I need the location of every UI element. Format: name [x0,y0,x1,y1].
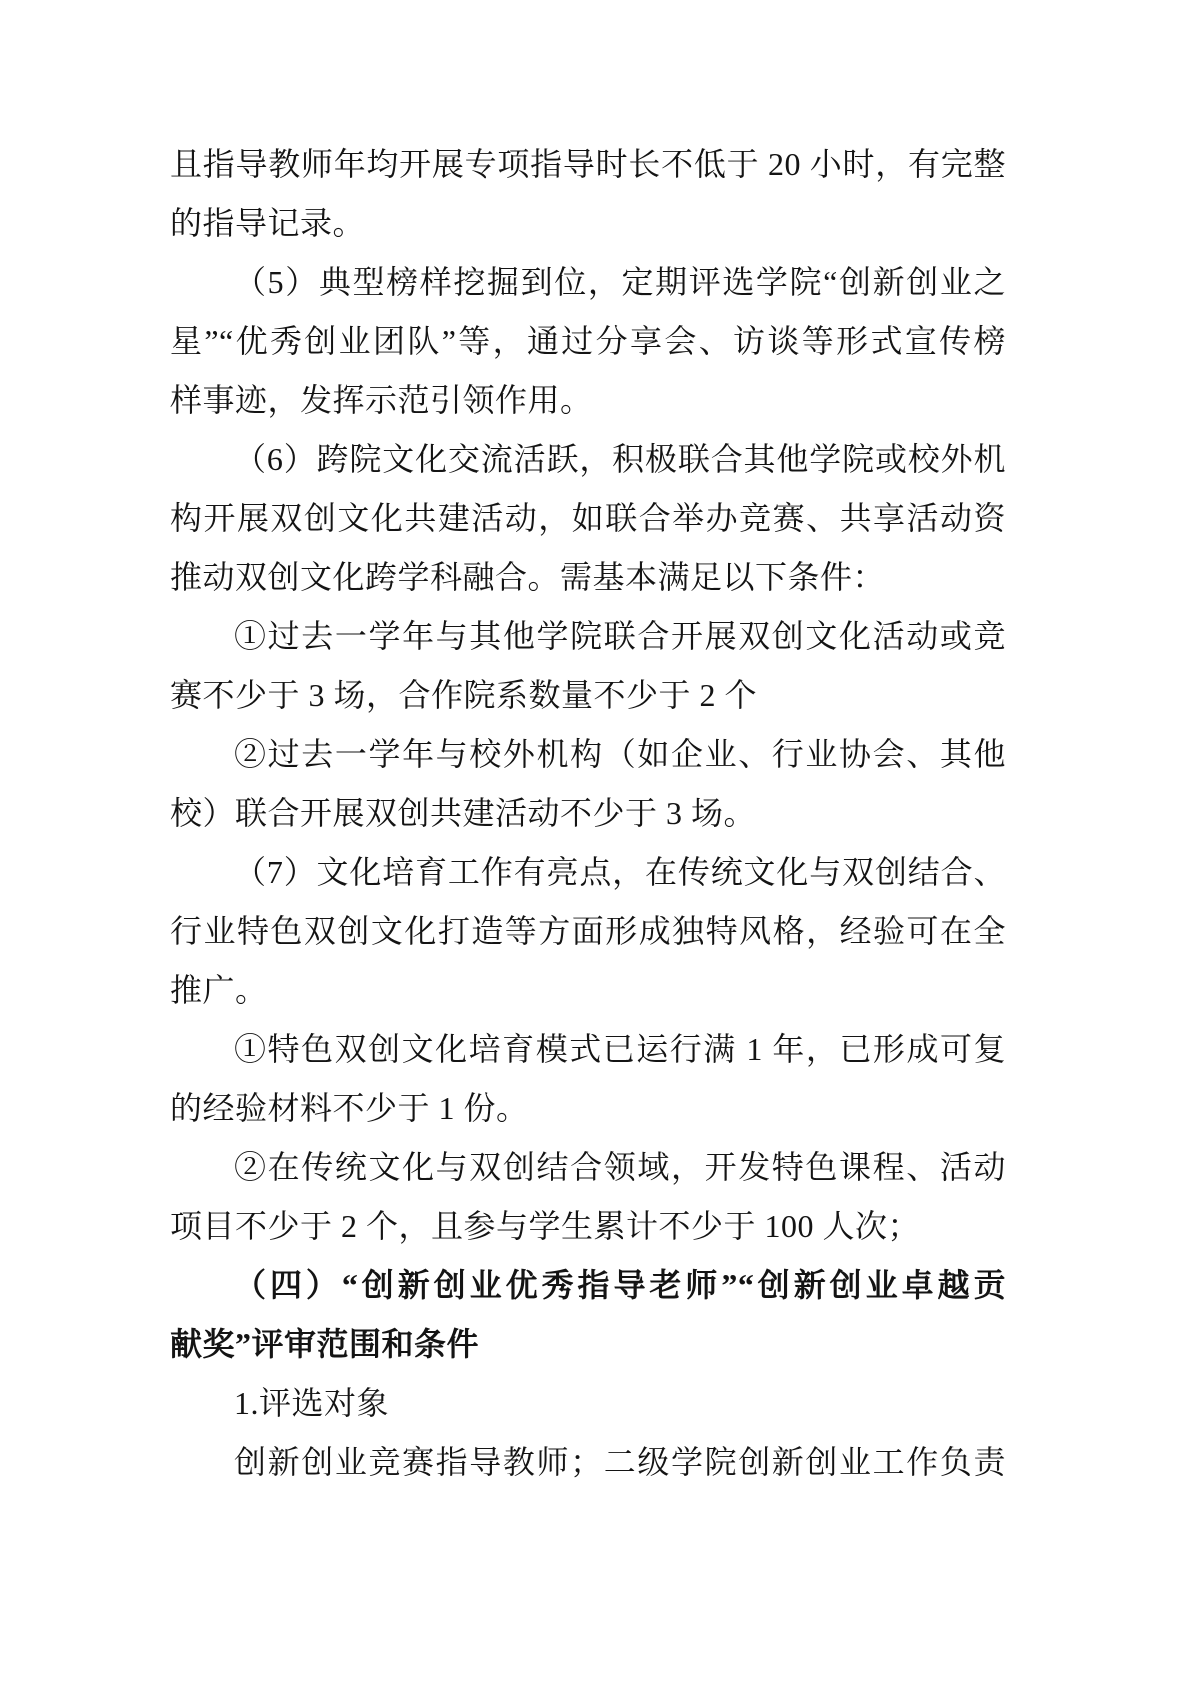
text-line: ②在传统文化与双创结合领域，开发特色课程、活动或 [170,1138,1006,1197]
text-line: （7）文化培育工作有亮点，在传统文化与双创结合、 [170,843,1006,902]
text-line: 1.评选对象 [170,1374,1006,1433]
text-line: 推广。 [170,961,1006,1020]
text-line: ②过去一学年与校外机构（如企业、行业协会、其他高 [170,725,1006,784]
text-line: 赛不少于 3 场，合作院系数量不少于 2 个 [170,666,1006,725]
text-line: 的经验材料不少于 1 份。 [170,1079,1006,1138]
text-line: 样事迹，发挥示范引领作用。 [170,371,1006,430]
heading-line: 献奖”评审范围和条件 [170,1315,1006,1374]
text-line: ①特色双创文化培育模式已运行满 1 年，已形成可复制 [170,1020,1006,1079]
text-line: 且指导教师年均开展专项指导时长不低于 20 小时，有完整 [170,135,1006,194]
heading-line: （四）“创新创业优秀指导老师”“创新创业卓越贡 [170,1256,1006,1315]
text-line: （6）跨院文化交流活跃，积极联合其他学院或校外机 [170,430,1006,489]
text-line: （5）典型榜样挖掘到位，定期评选学院“创新创业之 [170,253,1006,312]
document-body: 且指导教师年均开展专项指导时长不低于 20 小时，有完整的指导记录。（5）典型榜… [170,135,1006,1492]
text-line: 创新创业竞赛指导教师；二级学院创新创业工作负责老 [170,1433,1006,1492]
text-line: 的指导记录。 [170,194,1006,253]
text-line: 构开展双创文化共建活动，如联合举办竞赛、共享活动资源， [170,489,1006,548]
text-line: 星”“优秀创业团队”等，通过分享会、访谈等形式宣传榜 [170,312,1006,371]
text-line: 校）联合开展双创共建活动不少于 3 场。 [170,784,1006,843]
document-page: 且指导教师年均开展专项指导时长不低于 20 小时，有完整的指导记录。（5）典型榜… [0,0,1191,1684]
text-line: 项目不少于 2 个，且参与学生累计不少于 100 人次； [170,1197,1006,1256]
text-line: 推动双创文化跨学科融合。需基本满足以下条件： [170,548,1006,607]
text-line: ①过去一学年与其他学院联合开展双创文化活动或竞 [170,607,1006,666]
text-line: 行业特色双创文化打造等方面形成独特风格，经验可在全校 [170,902,1006,961]
